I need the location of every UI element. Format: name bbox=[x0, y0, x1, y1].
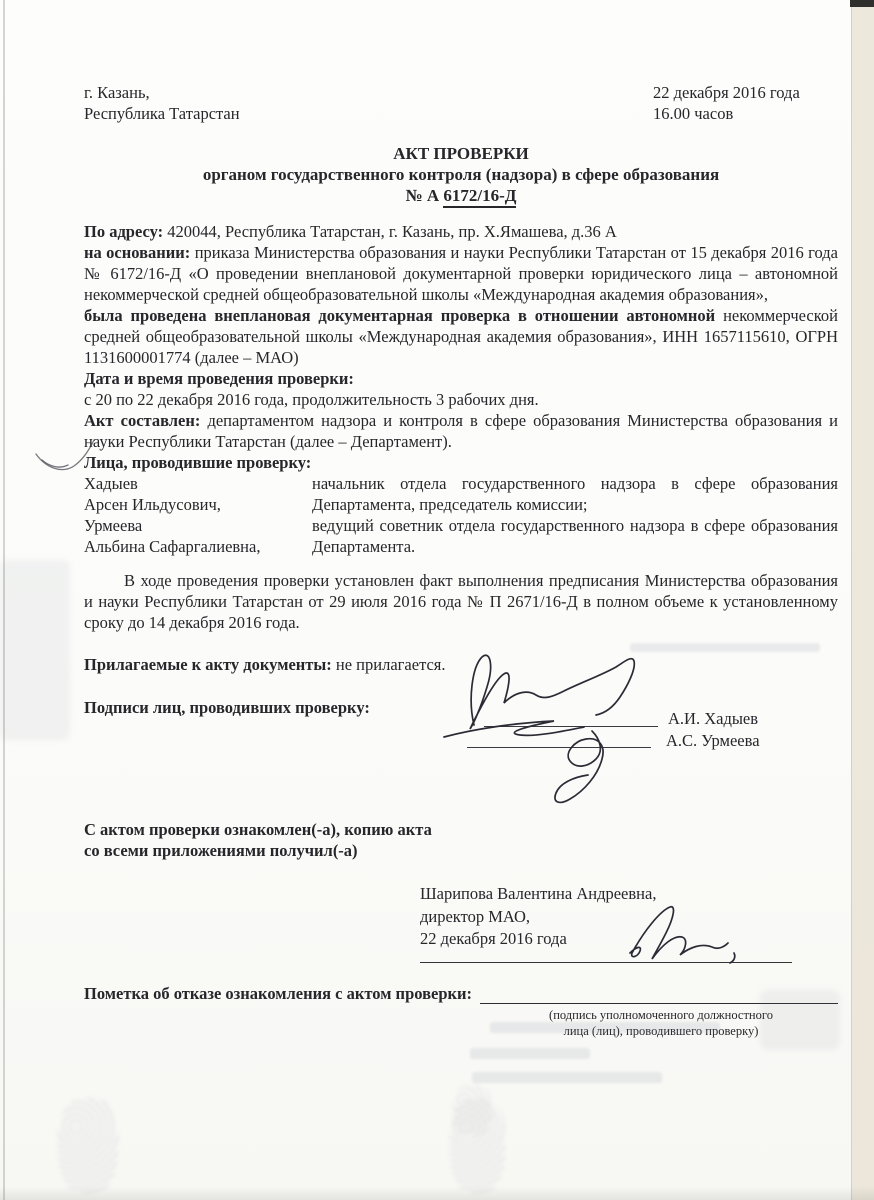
document-title: АКТ ПРОВЕРКИ органом государственного ко… bbox=[84, 143, 838, 206]
attachments-line: Прилагаемые к акту документы: не прилага… bbox=[84, 654, 838, 675]
inspector-role: ведущий советник отдела государственного… bbox=[312, 515, 838, 557]
datetime-text: с 20 по 22 декабря 2016 года, продолжите… bbox=[84, 389, 838, 410]
datetime-label: Дата и время проведения проверки: bbox=[84, 368, 838, 389]
bleed-through-text bbox=[470, 1048, 590, 1059]
inspector2-given-names: Альбина Сафаргалиевна, bbox=[84, 536, 312, 557]
acquainted-line1: С актом проверки ознакомлен(-а), копию а… bbox=[84, 819, 838, 840]
title-number-prefix: № А bbox=[406, 186, 444, 205]
director-name: Шарипова Валентина Андреевна, bbox=[420, 883, 812, 904]
refusal-line: Пометка об отказе ознакомления с актом п… bbox=[84, 983, 838, 1004]
conclusion-paragraph: В ходе проведения проверки установлен фа… bbox=[84, 570, 838, 633]
right-page-edge bbox=[851, 0, 874, 1200]
acquainted-line2: со всеми приложениями получил(-а) bbox=[84, 840, 838, 861]
bleed-through-text bbox=[490, 1022, 720, 1033]
address-text: 420044, Республика Татарстан, г. Казань,… bbox=[167, 222, 617, 241]
director-block: Шарипова Валентина Андреевна, директор М… bbox=[420, 883, 812, 963]
urmeeva-signature-drawing bbox=[504, 725, 664, 815]
signature-line-2 bbox=[467, 747, 651, 748]
document-time: 16.00 часов bbox=[653, 103, 838, 124]
inspector1-given-names: Арсен Ильдусович, bbox=[84, 494, 312, 515]
attachments-value: не прилагается. bbox=[336, 655, 446, 674]
director-signature-line bbox=[420, 962, 792, 963]
inspectors-list: Хадыев Арсен Ильдусович, начальник отдел… bbox=[84, 473, 838, 557]
basis-label: на основании: bbox=[84, 243, 195, 262]
composed-paragraph: Акт составлен: департаментом надзора и к… bbox=[84, 410, 838, 452]
bleed-through-text bbox=[630, 643, 820, 652]
title-number-value: 6172/16-Д bbox=[443, 186, 516, 208]
title-line1: АКТ ПРОВЕРКИ bbox=[84, 143, 838, 164]
title-line2: органом государственного контроля (надзо… bbox=[84, 164, 838, 185]
composed-label: Акт составлен: bbox=[84, 411, 207, 430]
acquainted-block: С актом проверки ознакомлен(-а), копию а… bbox=[84, 819, 838, 861]
scan-smudge bbox=[0, 560, 70, 740]
basis-paragraph: на основании: приказа Министерства образ… bbox=[84, 242, 838, 305]
conducted-paragraph: была проведена внеплановая документарная… bbox=[84, 305, 838, 368]
inspector-name: Хадыев Арсен Ильдусович, bbox=[84, 473, 312, 515]
basis-text: приказа Министерства образования и науки… bbox=[84, 243, 838, 304]
address-label: По адресу: bbox=[84, 222, 167, 241]
conducted-bold-text: была проведена внеплановая документарная… bbox=[84, 306, 723, 325]
attachments-label: Прилагаемые к акту документы: bbox=[84, 655, 336, 674]
scanned-document-page: г. Казань, Республика Татарстан 22 декаб… bbox=[0, 0, 874, 1200]
inspector1-surname: Хадыев bbox=[84, 473, 312, 494]
scan-noise-blob bbox=[58, 1098, 118, 1193]
top-right-scan-mark bbox=[850, 0, 874, 7]
scan-noise-blob bbox=[452, 1085, 492, 1135]
document-header: г. Казань, Республика Татарстан 22 декаб… bbox=[84, 82, 838, 124]
director-date: 22 декабря 2016 года bbox=[420, 928, 812, 949]
title-number: № А 6172/16-Д bbox=[84, 185, 838, 206]
document-content: г. Казань, Республика Татарстан 22 декаб… bbox=[84, 82, 838, 1039]
inspector-role: начальник отдела государственного надзор… bbox=[312, 473, 838, 515]
persons-label: Лица, проводившие проверку: bbox=[84, 452, 838, 473]
bleed-through-text bbox=[472, 1072, 662, 1083]
document-date: 22 декабря 2016 года bbox=[653, 82, 838, 103]
refusal-label: Пометка об отказе ознакомления с актом п… bbox=[84, 983, 472, 1004]
place-city: г. Казань, bbox=[84, 82, 240, 103]
document-body: По адресу: 420044, Республика Татарстан,… bbox=[84, 221, 838, 675]
signer1-name: А.И. Хадыев bbox=[668, 708, 758, 729]
signature-line-1 bbox=[484, 726, 658, 727]
conclusion-wrap: В ходе проведения проверки установлен фа… bbox=[84, 570, 838, 633]
signer2-name: А.С. Урмеева bbox=[666, 730, 760, 751]
bottom-edge-shadow bbox=[0, 1186, 874, 1200]
place-block: г. Казань, Республика Татарстан bbox=[84, 82, 240, 124]
inspectors-signature-section: Подписи лиц, проводивших проверку: А.И. … bbox=[84, 697, 838, 819]
director-position: директор МАО, bbox=[420, 906, 812, 927]
inspector-name: Урмеева Альбина Сафаргалиевна, bbox=[84, 515, 312, 557]
address-line: По адресу: 420044, Республика Татарстан,… bbox=[84, 221, 838, 242]
scan-smudge bbox=[760, 990, 840, 1050]
place-region: Республика Татарстан bbox=[84, 103, 240, 124]
date-block: 22 декабря 2016 года 16.00 часов bbox=[653, 82, 838, 124]
inspector2-surname: Урмеева bbox=[84, 515, 312, 536]
